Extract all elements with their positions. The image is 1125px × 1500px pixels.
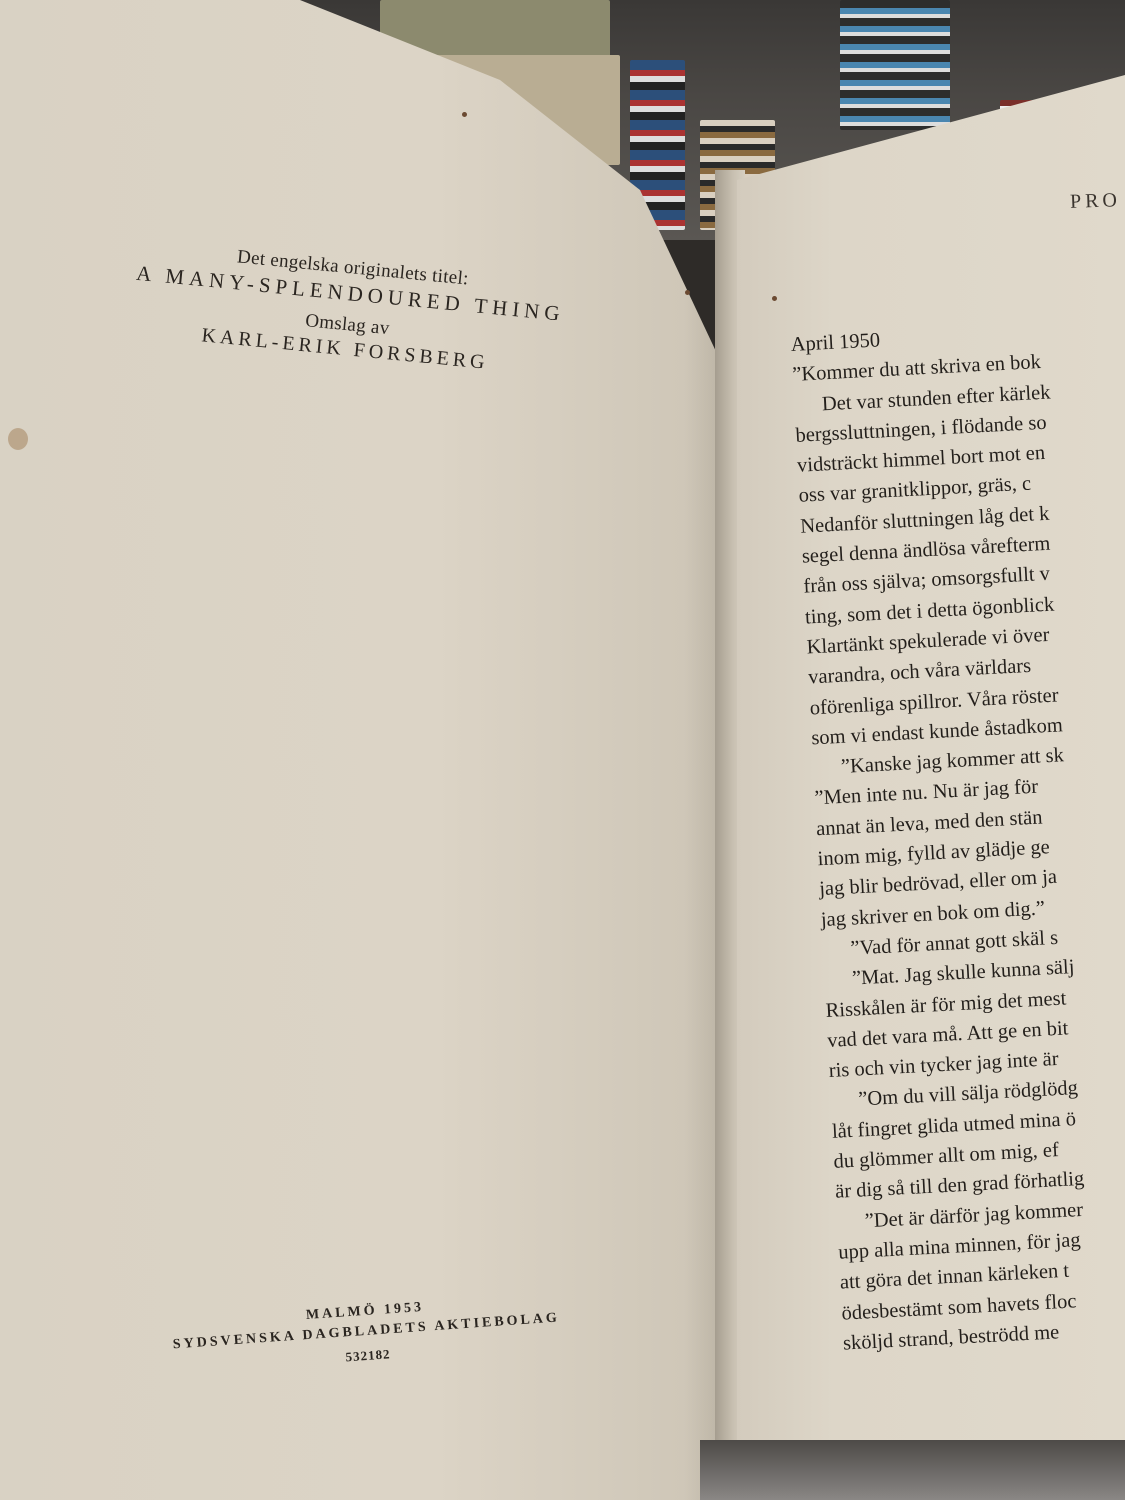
chapter-header: PRO bbox=[1070, 189, 1122, 214]
table-surface bbox=[700, 1440, 1125, 1500]
left-page bbox=[0, 0, 720, 1500]
body-text: April 1950”Kommer du att skriva en bokDe… bbox=[790, 308, 1125, 1359]
shelf-book-stack bbox=[840, 0, 950, 130]
paper-speck bbox=[462, 112, 467, 117]
paper-speck bbox=[772, 296, 777, 301]
paper-stain bbox=[8, 428, 28, 450]
paper-speck bbox=[685, 290, 690, 295]
